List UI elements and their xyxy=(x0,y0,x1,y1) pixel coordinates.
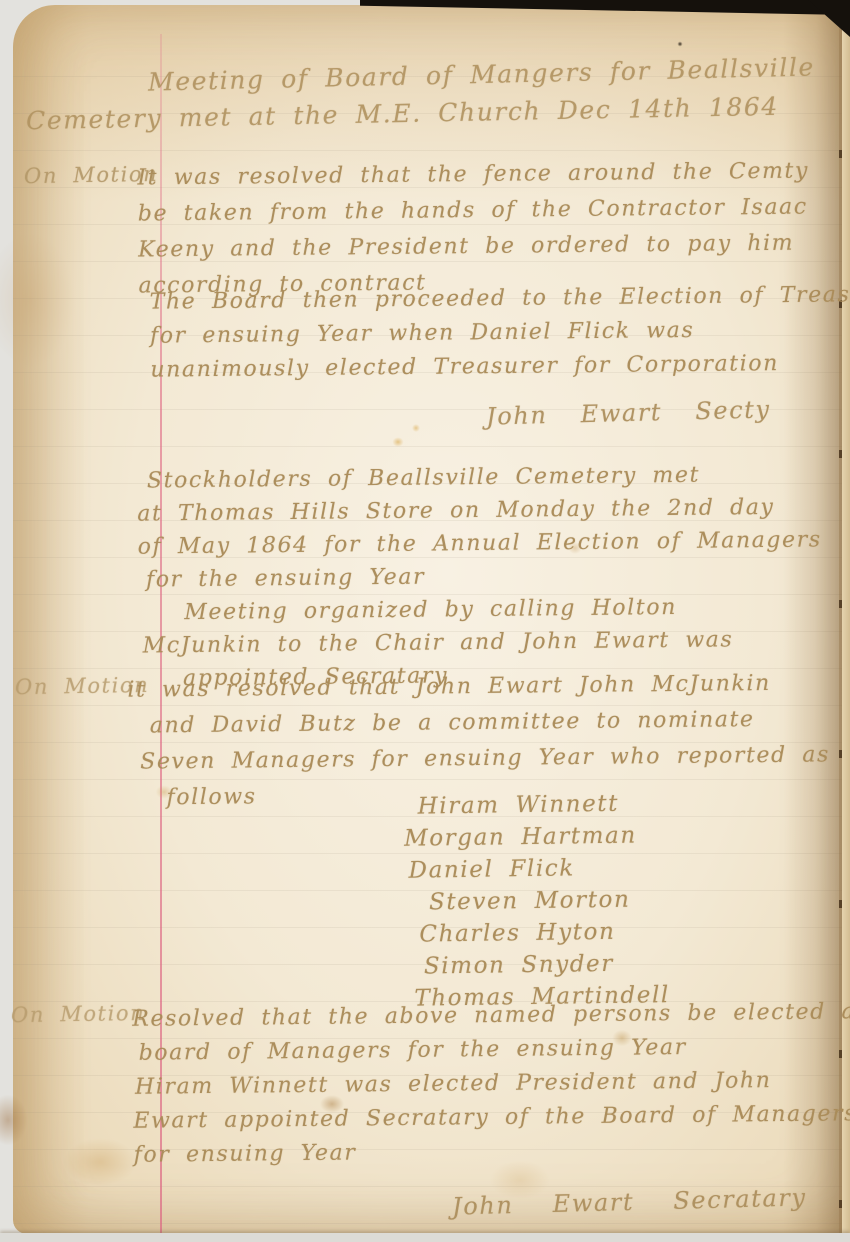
nominee-name: Charles Hyton xyxy=(393,915,669,951)
entry2-paragraph: Stockholders of Beallsville Cemetery met… xyxy=(137,457,823,695)
entry1-paragraph2: The Board then proceeded to the Election… xyxy=(149,278,850,387)
text-line: Keeny and the President be ordered to pa… xyxy=(138,225,810,268)
margin-note-on-motion-3: On Motion xyxy=(11,1001,146,1027)
scanned-document: Meeting of Board of Mangers for Beallsvi… xyxy=(0,0,850,1242)
text-line: Seven Managers for ensuing Year who repo… xyxy=(128,737,830,780)
nominee-name: Steven Morton xyxy=(393,883,669,919)
nominee-list: Hiram Winnett Morgan Hartman Daniel Flic… xyxy=(391,787,670,1015)
nominee-name: Hiram Winnett xyxy=(391,787,667,823)
scan-edge-bottom xyxy=(0,1233,850,1242)
nominee-name: Morgan Hartman xyxy=(392,819,668,855)
entry4-paragraph: Resolved that the above named persons be… xyxy=(132,995,850,1173)
nominee-name: Daniel Flick xyxy=(392,851,668,887)
nominee-name: Simon Snyder xyxy=(394,947,670,983)
